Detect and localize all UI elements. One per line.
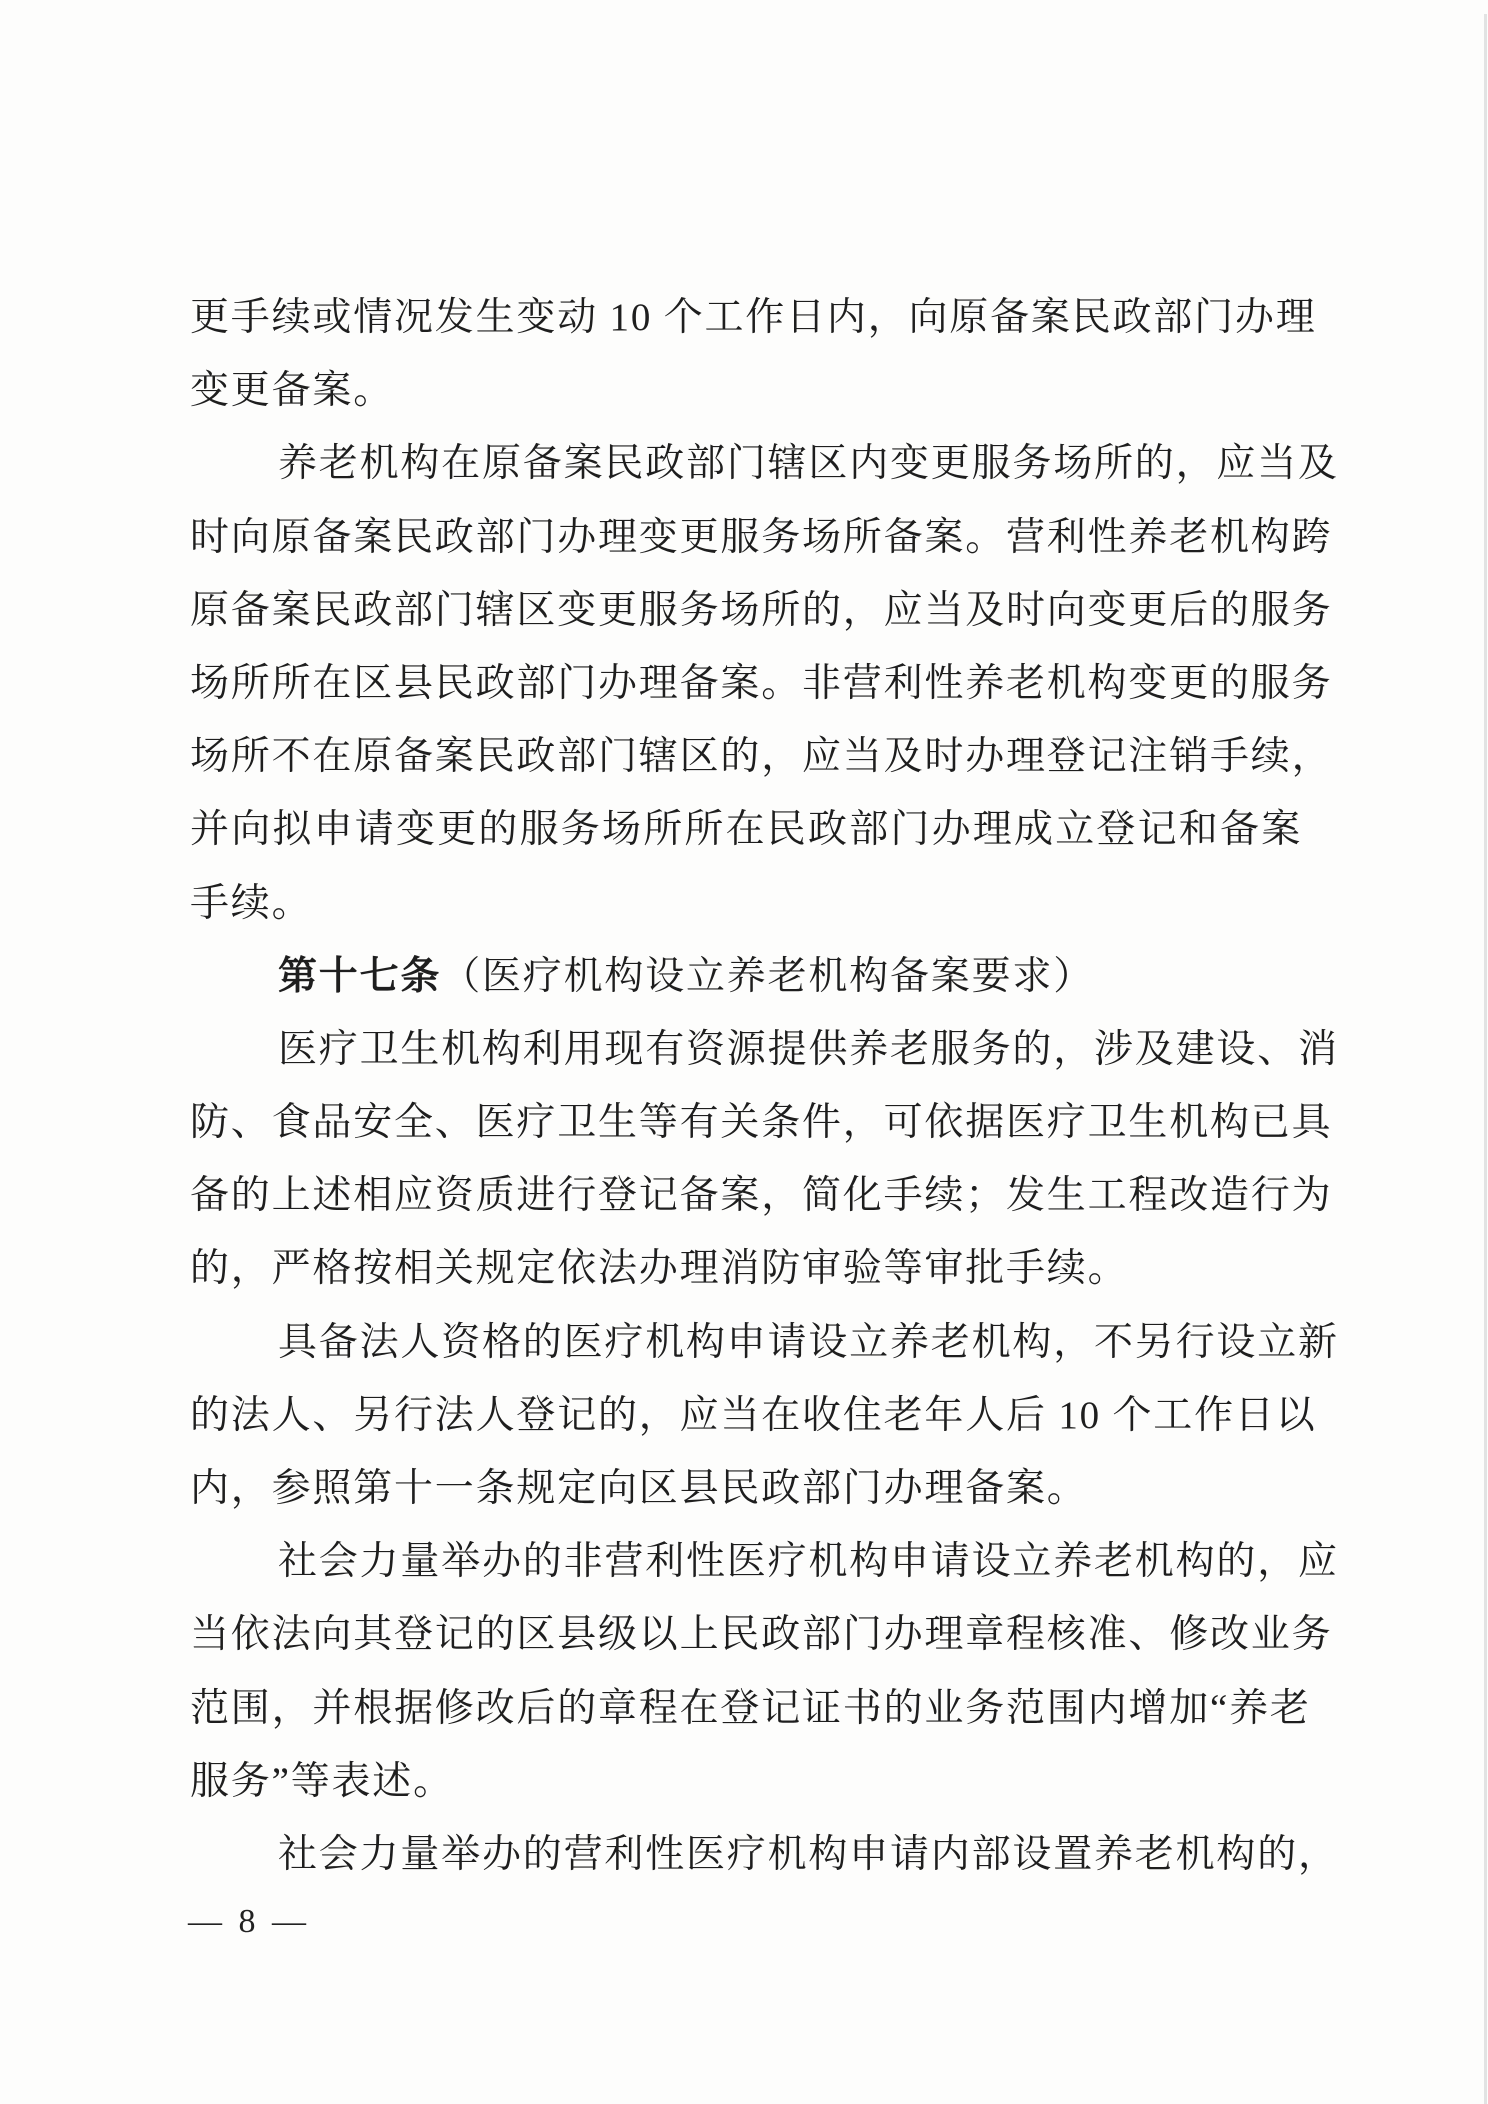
text-line: 具备法人资格的医疗机构申请设立养老机构，不另行设立新 bbox=[190, 1306, 1302, 1379]
text-segment: 医疗卫生机构利用现有资源提供养老服务的，涉及建设、消 bbox=[278, 1028, 1339, 1071]
text-line: 养老机构在原备案民政部门辖区内变更服务场所的，应当及 bbox=[190, 427, 1302, 500]
text-segment: 内，参照第十一条规定向区县民政部门办理备案。 bbox=[190, 1467, 1088, 1510]
text-segment: 的法人、另行法人登记的，应当在收住老年人后 10 个工作日以 bbox=[190, 1394, 1317, 1437]
text-line: 场所不在原备案民政部门辖区的，应当及时办理登记注销手续， bbox=[190, 720, 1302, 793]
text-line: 更手续或情况发生变动 10 个工作日内，向原备案民政部门办理 bbox=[190, 281, 1302, 354]
text-segment: 的，严格按相关规定依法办理消防审验等审批手续。 bbox=[190, 1247, 1128, 1290]
text-line: 范围，并根据修改后的章程在登记证书的业务范围内增加“养老 bbox=[190, 1672, 1302, 1745]
text-segment: 手续。 bbox=[190, 882, 312, 925]
text-segment: 社会力量举办的营利性医疗机构申请内部设置养老机构的， bbox=[278, 1833, 1339, 1876]
text-segment: 变更备案。 bbox=[190, 369, 394, 412]
text-line: 防、食品安全、医疗卫生等有关条件，可依据医疗卫生机构已具 bbox=[190, 1086, 1302, 1159]
page-number: — 8 — bbox=[188, 1898, 310, 1946]
text-line: 服务”等表述。 bbox=[190, 1745, 1302, 1818]
text-line: 社会力量举办的营利性医疗机构申请内部设置养老机构的， bbox=[190, 1818, 1302, 1891]
scan-edge-artifact bbox=[1484, 14, 1487, 2104]
text-line: 的，严格按相关规定依法办理消防审验等审批手续。 bbox=[190, 1232, 1302, 1305]
text-segment: 时向原备案民政部门办理变更服务场所备案。营利性养老机构跨 bbox=[190, 516, 1332, 559]
text-segment: 更手续或情况发生变动 10 个工作日内，向原备案民政部门办理 bbox=[190, 296, 1317, 339]
text-line: 时向原备案民政部门办理变更服务场所备案。营利性养老机构跨 bbox=[190, 501, 1302, 574]
text-line: 场所所在区县民政部门办理备案。非营利性养老机构变更的服务 bbox=[190, 647, 1302, 720]
text-segment: 防、食品安全、医疗卫生等有关条件，可依据医疗卫生机构已具 bbox=[190, 1101, 1332, 1144]
text-line: 变更备案。 bbox=[190, 354, 1302, 427]
scanned-document-page: 更手续或情况发生变动 10 个工作日内，向原备案民政部门办理变更备案。养老机构在… bbox=[0, 0, 1488, 2104]
text-segment: （医疗机构设立养老机构备案要求） bbox=[441, 955, 1094, 998]
text-segment: 场所不在原备案民政部门辖区的，应当及时办理登记注销手续， bbox=[190, 735, 1332, 778]
text-line: 并向拟申请变更的服务场所所在民政部门办理成立登记和备案 bbox=[190, 793, 1302, 866]
text-segment: 社会力量举办的非营利性医疗机构申请设立养老机构的，应 bbox=[278, 1540, 1339, 1583]
article-number-label: 第十七条 bbox=[278, 955, 441, 998]
text-line: 的法人、另行法人登记的，应当在收住老年人后 10 个工作日以 bbox=[190, 1379, 1302, 1452]
text-line: 手续。 bbox=[190, 867, 1302, 940]
text-line: 当依法向其登记的区县级以上民政部门办理章程核准、修改业务 bbox=[190, 1598, 1302, 1671]
text-line: 备的上述相应资质进行登记备案，简化手续；发生工程改造行为 bbox=[190, 1159, 1302, 1232]
text-line: 社会力量举办的非营利性医疗机构申请设立养老机构的，应 bbox=[190, 1525, 1302, 1598]
text-segment: 服务”等表述。 bbox=[190, 1760, 454, 1803]
text-segment: 当依法向其登记的区县级以上民政部门办理章程核准、修改业务 bbox=[190, 1613, 1332, 1656]
text-line: 原备案民政部门辖区变更服务场所的，应当及时向变更后的服务 bbox=[190, 574, 1302, 647]
text-line: 第十七条（医疗机构设立养老机构备案要求） bbox=[190, 940, 1302, 1013]
text-line: 医疗卫生机构利用现有资源提供养老服务的，涉及建设、消 bbox=[190, 1013, 1302, 1086]
text-segment: 并向拟申请变更的服务场所所在民政部门办理成立登记和备案 bbox=[190, 808, 1302, 851]
text-segment: 养老机构在原备案民政部门辖区内变更服务场所的，应当及 bbox=[278, 442, 1339, 485]
text-segment: 具备法人资格的医疗机构申请设立养老机构，不另行设立新 bbox=[278, 1321, 1339, 1364]
text-segment: 备的上述相应资质进行登记备案，简化手续；发生工程改造行为 bbox=[190, 1174, 1332, 1217]
text-segment: 场所所在区县民政部门办理备案。非营利性养老机构变更的服务 bbox=[190, 662, 1332, 705]
text-line: 内，参照第十一条规定向区县民政部门办理备案。 bbox=[190, 1452, 1302, 1525]
document-body: 更手续或情况发生变动 10 个工作日内，向原备案民政部门办理变更备案。养老机构在… bbox=[190, 281, 1302, 1891]
text-segment: 原备案民政部门辖区变更服务场所的，应当及时向变更后的服务 bbox=[190, 589, 1332, 632]
text-segment: 范围，并根据修改后的章程在登记证书的业务范围内增加“养老 bbox=[190, 1687, 1311, 1730]
